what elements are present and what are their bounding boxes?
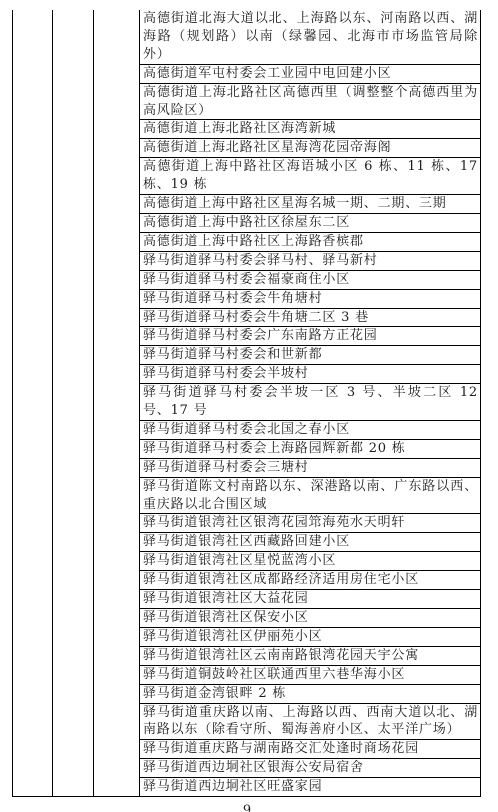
table-row: 驿马街道银湾社区云南南路银湾花园天宇公寓 — [140, 647, 480, 666]
table-row: 驿马街道驿马村委会上海路园辉新都 20 栋 — [140, 440, 480, 459]
table-row: 高德街道上海中路社区海语城小区 6 栋、11 栋、17 栋、19 栋 — [140, 158, 480, 195]
table-text-column: 高德街道北海大道以北、上海路以东、河南路以西、湖海路（规划路）以南（绿馨园、北海… — [139, 10, 480, 796]
table-row: 驿马街道驿马村委会驿马村、驿马新村 — [140, 252, 480, 271]
table-row: 驿马街道银湾社区成都路经济适用房住宅小区 — [140, 571, 480, 590]
table-row: 高德街道上海中路社区徐屋东二区 — [140, 214, 480, 233]
table-row: 高德街道北海大道以北、上海路以东、河南路以西、湖海路（规划路）以南（绿馨园、北海… — [140, 10, 480, 65]
table-row: 驿马街道驿马村委会北国之春小区 — [140, 421, 480, 440]
table-row: 驿马街道银湾社区银湾花园筇海苑水天明轩 — [140, 514, 480, 533]
page-number: 9 — [0, 803, 494, 812]
table-row: 驿马街道银湾社区星悦蓝湾小区 — [140, 552, 480, 571]
table-row: 驿马街道驿马村委会和世新都 — [140, 346, 480, 365]
table-row: 驿马街道陈文村南路以东、深港路以南、广东路以西、重庆路以北合围区域 — [140, 478, 480, 515]
table-row: 驿马街道西边垌社区银海公安局宿舍 — [140, 759, 480, 778]
table-row: 高德街道军屯村委会工业园中电回建小区 — [140, 65, 480, 84]
table-row: 高德街道上海北路社区星海湾花园帝海阁 — [140, 139, 480, 158]
table-row: 高德街道上海北路社区高德西里（调整整个高德西里为高风险区） — [140, 84, 480, 121]
document-page: 高德街道北海大道以北、上海路以东、河南路以西、湖海路（规划路）以南（绿馨园、北海… — [0, 0, 498, 812]
table-row: 驿马街道重庆路与湖南路交汇处逢时商场花园 — [140, 740, 480, 759]
table-row: 驿马街道驿马村委会福豪商住小区 — [140, 271, 480, 290]
table-row: 驿马街道驿马村委会广东南路方正花园 — [140, 327, 480, 346]
risk-area-table: 高德街道北海大道以北、上海路以东、河南路以西、湖海路（规划路）以南（绿馨园、北海… — [12, 10, 481, 797]
table-row: 驿马街道银湾社区伊丽苑小区 — [140, 628, 480, 647]
table-row: 驿马街道银湾社区保安小区 — [140, 609, 480, 628]
table-row: 驿马街道铜鼓岭社区联通西里六巷华海小区 — [140, 666, 480, 685]
table-row: 驿马街道驿马村委会牛角塘村 — [140, 290, 480, 309]
table-row: 高德街道上海中路社区上海路香槟郡 — [140, 233, 480, 252]
table-row: 驿马街道金湾银畔 2 栋 — [140, 685, 480, 704]
table-row: 高德街道上海中路社区星海名城一期、二期、三期 — [140, 195, 480, 214]
table-row: 驿马街道驿马村委会三塘村 — [140, 459, 480, 478]
table-empty-column-2 — [52, 10, 93, 796]
table-row: 驿马街道西边垌社区旺盛家园 — [140, 778, 480, 796]
table-row: 驿马街道驿马村委会半坡一区 3 号、半坡二区 12 号、17 号 — [140, 384, 480, 421]
table-row: 驿马街道驿马村委会牛角塘二区 3 巷 — [140, 309, 480, 328]
table-row: 驿马街道驿马村委会半坡村 — [140, 365, 480, 384]
table-row: 驿马街道银湾社区西藏路回建小区 — [140, 533, 480, 552]
table-row: 驿马街道重庆路以南、上海路以西、西南大道以北、湖南路以东（除看守所、蜀海善府小区… — [140, 704, 480, 741]
table-empty-column-1 — [12, 10, 52, 796]
table-empty-column-3 — [93, 10, 139, 796]
table-row: 驿马街道银湾社区大益花园 — [140, 590, 480, 609]
table-row: 高德街道上海北路社区海湾新城 — [140, 120, 480, 139]
